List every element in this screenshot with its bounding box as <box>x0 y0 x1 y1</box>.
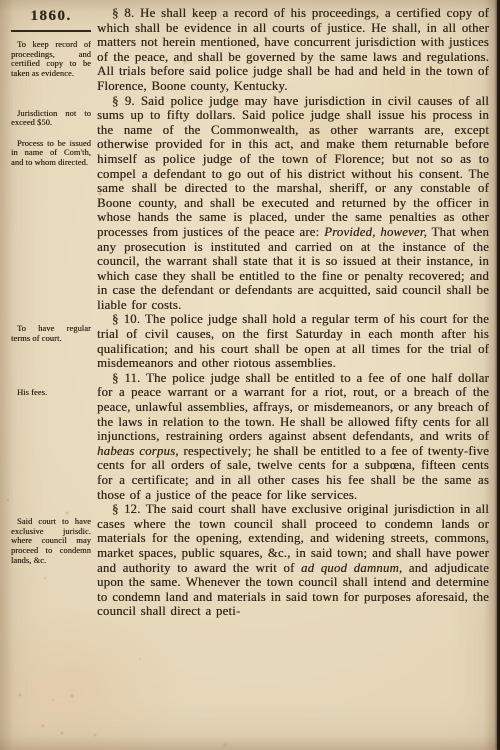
statute-paragraph: § 9. Said police judge may have jurisdic… <box>97 94 489 313</box>
margin-note: Said court to have exclusive jurisdic. w… <box>11 517 91 565</box>
text-column: § 10. The police judge shall hold a regu… <box>97 312 500 370</box>
scanned-statute-page: 1860. To keep record of proceedings, and… <box>0 0 500 750</box>
statute-section-9: Jurisdiction not to exceed $50. Process … <box>0 94 500 313</box>
margin-column: His fees. <box>0 371 97 398</box>
margin-note: Jurisdiction not to exceed $50. <box>11 109 91 128</box>
statute-paragraph: § 12. The said court shall have exclusiv… <box>97 502 489 619</box>
statute-section-10: To have regular terms of court. § 10. Th… <box>0 312 500 370</box>
statute-section-8: 1860. To keep record of proceedings, and… <box>0 6 500 94</box>
margin-column: Jurisdiction not to exceed $50. Process … <box>0 94 97 168</box>
margin-column: Said court to have exclusive jurisdic. w… <box>0 502 97 565</box>
statute-section-12: Said court to have exclusive jurisdic. w… <box>0 502 500 619</box>
text-column: § 12. The said court shall have exclusiv… <box>97 502 500 619</box>
margin-column: 1860. To keep record of proceedings, and… <box>0 6 97 78</box>
margin-column: To have regular terms of court. <box>0 312 97 343</box>
statute-paragraph: § 10. The police judge shall hold a regu… <box>97 312 489 370</box>
text-column: § 8. He shall keep a record of his proce… <box>97 6 500 94</box>
text-column: § 9. Said police judge may have jurisdic… <box>97 94 500 313</box>
year-label: 1860. <box>30 8 71 24</box>
margin-note: To keep record of proceedings, and certi… <box>11 40 91 78</box>
text-column: § 11. The police judge shall be entitled… <box>97 371 500 502</box>
statute-section-11: His fees. § 11. The police judge shall b… <box>0 371 500 502</box>
statute-paragraph: § 8. He shall keep a record of his proce… <box>97 6 489 94</box>
margin-note: His fees. <box>11 388 91 398</box>
margin-note: Process to be issued in name of Com'th, … <box>11 139 91 168</box>
margin-note: To have regular terms of court. <box>11 324 91 343</box>
year-header: 1860. <box>11 6 91 32</box>
statute-paragraph: § 11. The police judge shall be entitled… <box>97 371 489 502</box>
page-body: 1860. To keep record of proceedings, and… <box>0 0 500 619</box>
